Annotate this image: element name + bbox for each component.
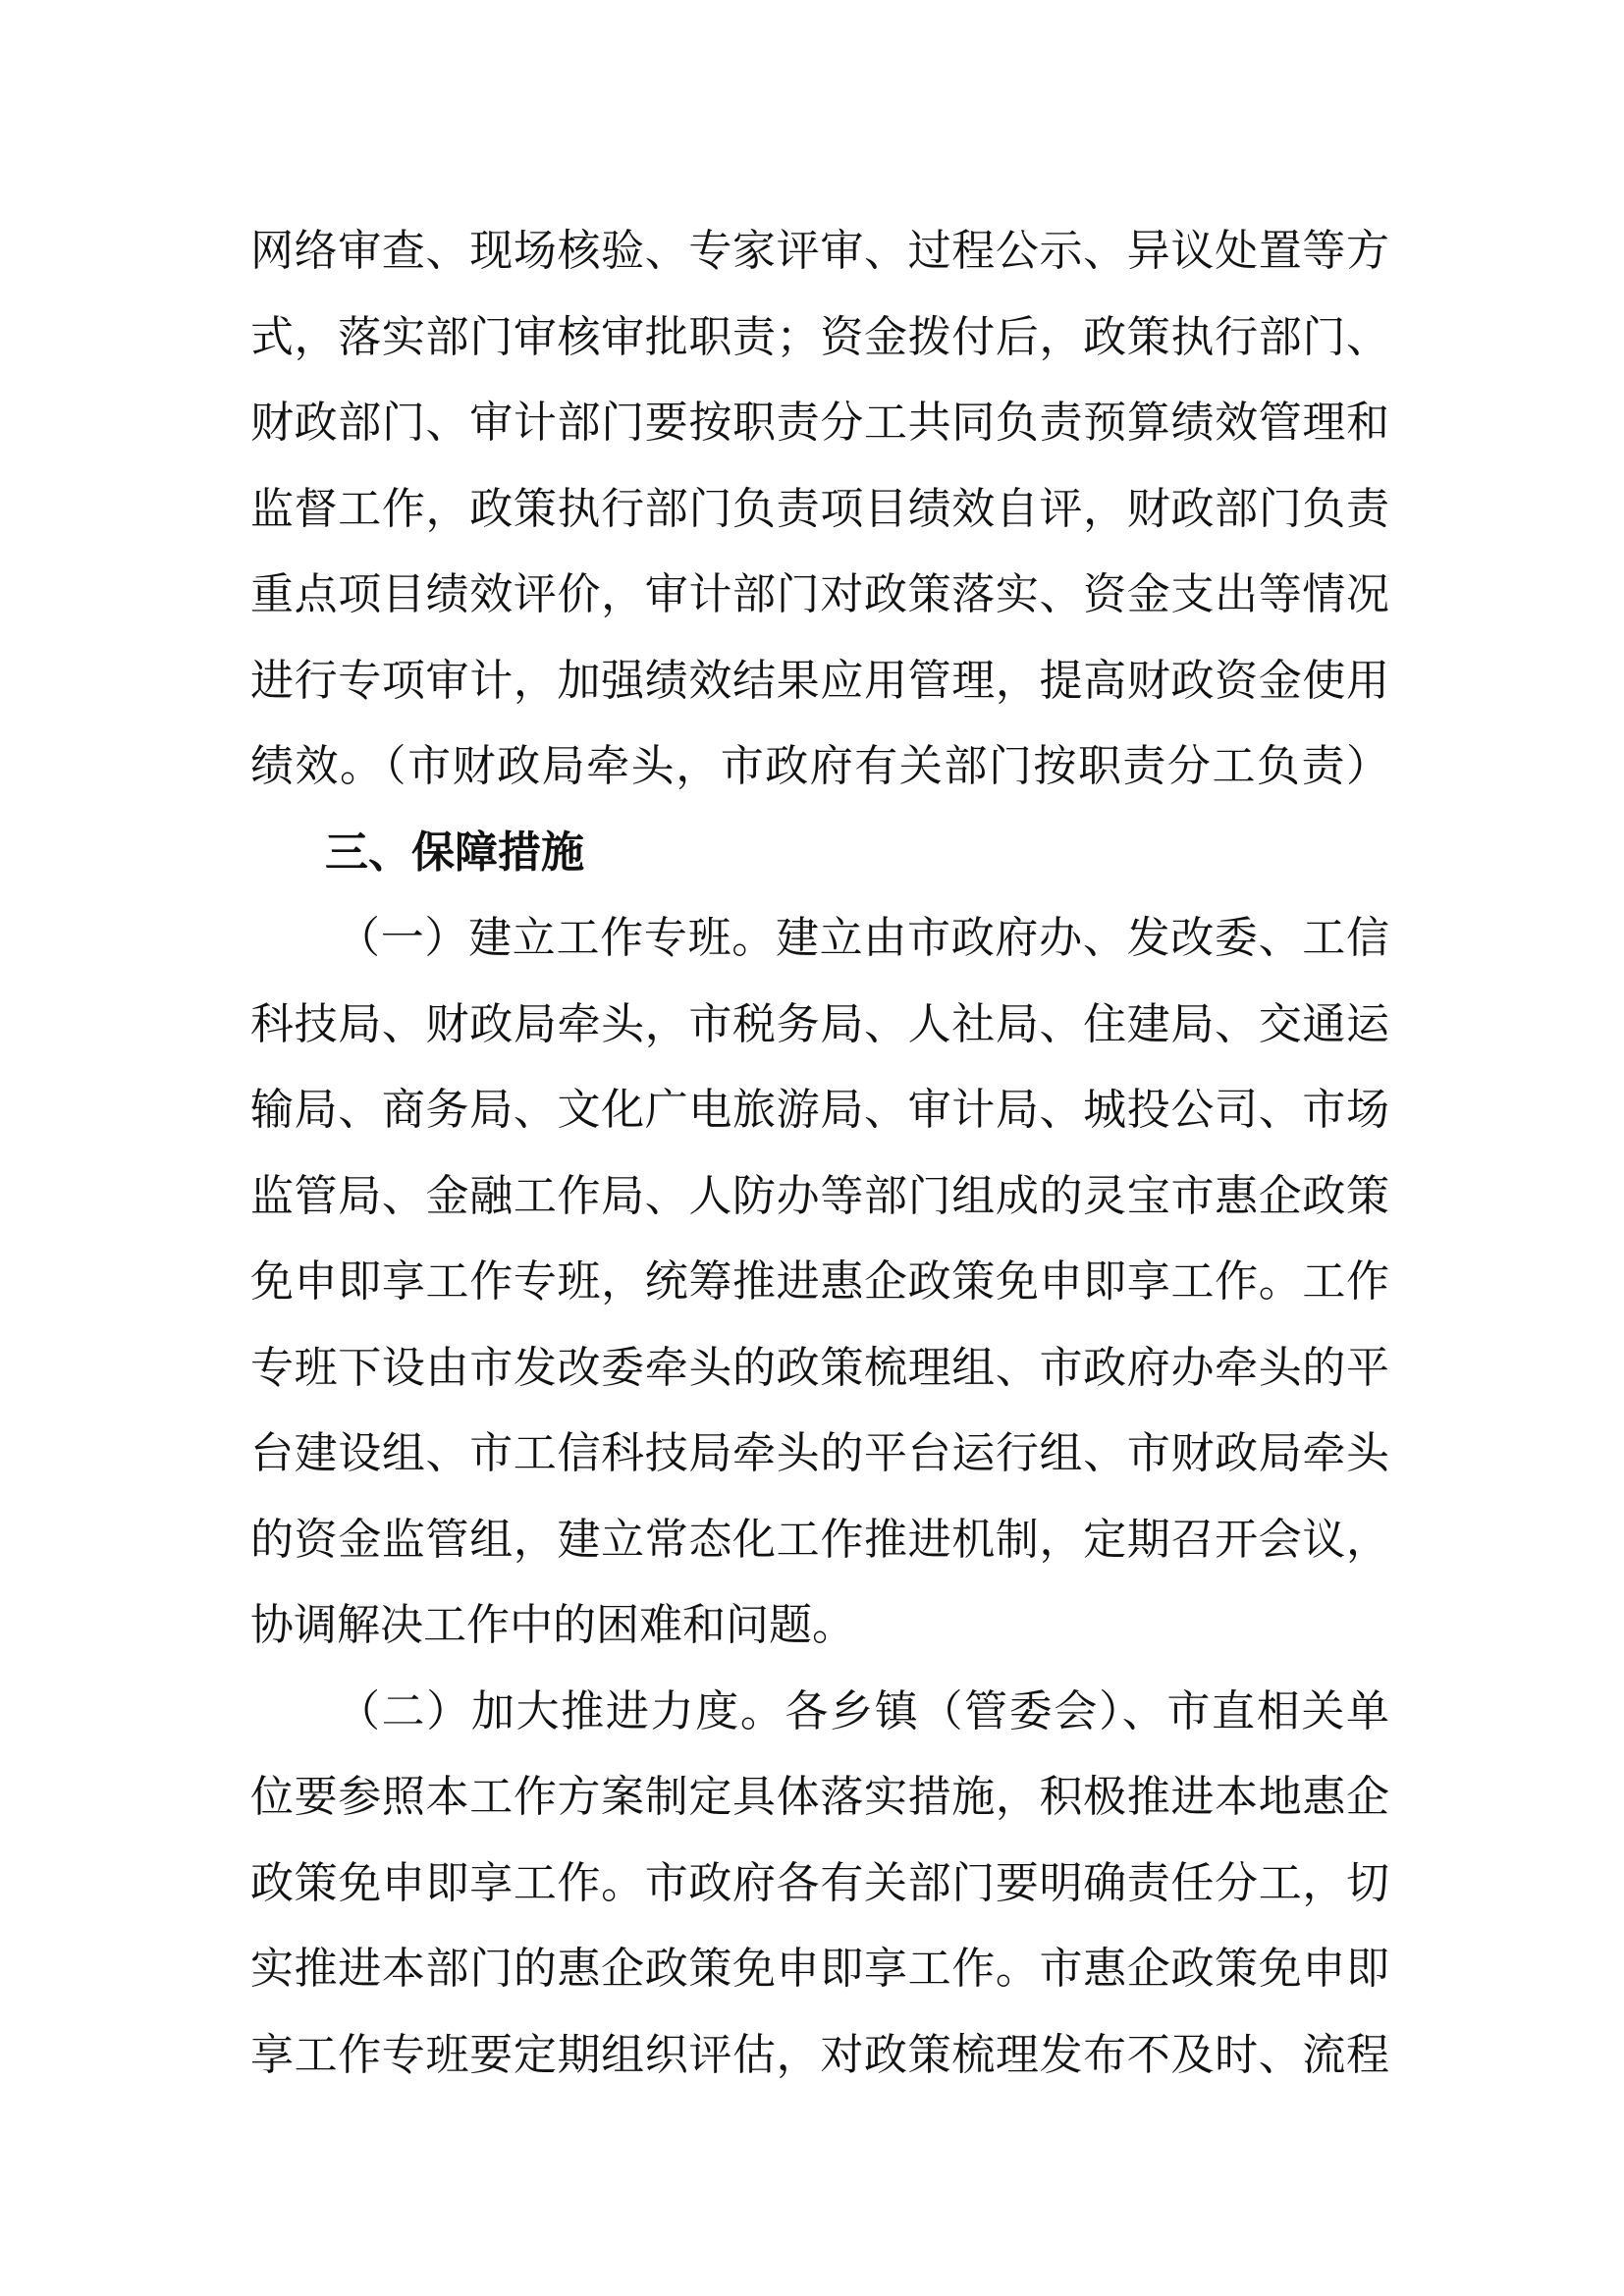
- text-line: 监管局、金融工作局、人防办等部门组成的灵宝市惠企政策: [250, 1153, 1389, 1240]
- text-line: （二）加大推进力度。各乡镇（管委会）、市直相关单: [250, 1669, 1389, 1755]
- text-line: 绩效。（市财政局牵头，市政府有关部门按职责分工负责）: [250, 723, 1389, 810]
- text-line: 政策免申即享工作。市政府各有关部门要明确责任分工，切: [250, 1841, 1389, 1927]
- paragraph-promotion: （二）加大推进力度。各乡镇（管委会）、市直相关单 位要参照本工作方案制定具体落实…: [250, 1669, 1389, 2099]
- text-line: （一）建立工作专班。建立由市政府办、发改委、工信: [250, 895, 1389, 982]
- text-line: 协调解决工作中的困难和问题。: [250, 1582, 1389, 1669]
- text-line: 输局、商务局、文化广电旅游局、审计局、城投公司、市场: [250, 1067, 1389, 1153]
- text-line: 科技局、财政局牵头，市税务局、人社局、住建局、交通运: [250, 982, 1389, 1068]
- text-line: 专班下设由市发改委牵头的政策梳理组、市政府办牵头的平: [250, 1325, 1389, 1412]
- text-line: 监督工作，政策执行部门负责项目绩效自评，财政部门负责: [250, 466, 1389, 553]
- paragraph-performance-management: 网络审查、现场核验、专家评审、过程公示、异议处置等方 式，落实部门审核审批职责；…: [250, 208, 1389, 810]
- text-line: 网络审查、现场核验、专家评审、过程公示、异议处置等方: [250, 208, 1389, 294]
- text-line: 免申即享工作专班，统筹推进惠企政策免申即享工作。工作: [250, 1239, 1389, 1325]
- document-page: 网络审查、现场核验、专家评审、过程公示、异议处置等方 式，落实部门审核审批职责；…: [250, 208, 1389, 2098]
- paragraph-work-team: （一）建立工作专班。建立由市政府办、发改委、工信 科技局、财政局牵头，市税务局、…: [250, 895, 1389, 1669]
- section-heading: 三、保障措施: [250, 810, 1389, 896]
- text-line: 重点项目绩效评价，审计部门对政策落实、资金支出等情况: [250, 552, 1389, 638]
- text-line: 进行专项审计，加强绩效结果应用管理，提高财政资金使用: [250, 638, 1389, 724]
- text-line: 的资金监管组，建立常态化工作推进机制，定期召开会议，: [250, 1497, 1389, 1583]
- text-line: 位要参照本工作方案制定具体落实措施，积极推进本地惠企: [250, 1754, 1389, 1841]
- text-line: 享工作专班要定期组织评估，对政策梳理发布不及时、流程: [250, 2012, 1389, 2099]
- text-line: 实推进本部门的惠企政策免申即享工作。市惠企政策免申即: [250, 1926, 1389, 2012]
- text-line: 台建设组、市工信科技局牵头的平台运行组、市财政局牵头: [250, 1411, 1389, 1497]
- text-line: 式，落实部门审核审批职责；资金拨付后，政策执行部门、: [250, 294, 1389, 381]
- text-line: 财政部门、审计部门要按职责分工共同负责预算绩效管理和: [250, 380, 1389, 466]
